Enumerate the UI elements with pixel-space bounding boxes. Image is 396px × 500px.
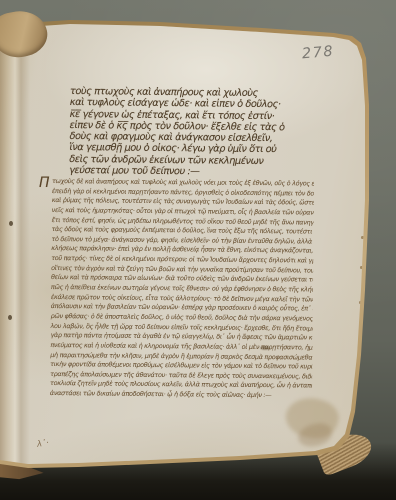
commentary-text-block: τωχοὺς δὲ καὶ ἀναπήρους καὶ τυφλοὺς καὶ … [50,177,314,401]
folio-number: 278 [301,44,334,63]
sewing-hole [9,221,13,226]
manuscript-page: 278 τοὺς πτωχοὺς καὶ ἀναπήρους καὶ χωλοὺ… [0,0,396,500]
quire-mark: λ᾿· [36,438,49,450]
commentary-initial: Π [39,175,50,191]
ink-smudge [260,346,270,350]
sewing-hole [8,315,12,320]
gospel-text-block: τοὺς πτωχοὺς καὶ ἀναπήρους καὶ χωλοὺςκαὶ… [69,86,304,179]
commentary-text-line: ἀναστάσει τῶν δικαίων ἀποδοθήσεται· ᾧ ἡ … [50,389,312,401]
edge-tick [361,236,364,239]
manuscript-photo: 278 τοὺς πτωχοὺς καὶ ἀναπήρους καὶ χωλοὺ… [0,0,396,500]
